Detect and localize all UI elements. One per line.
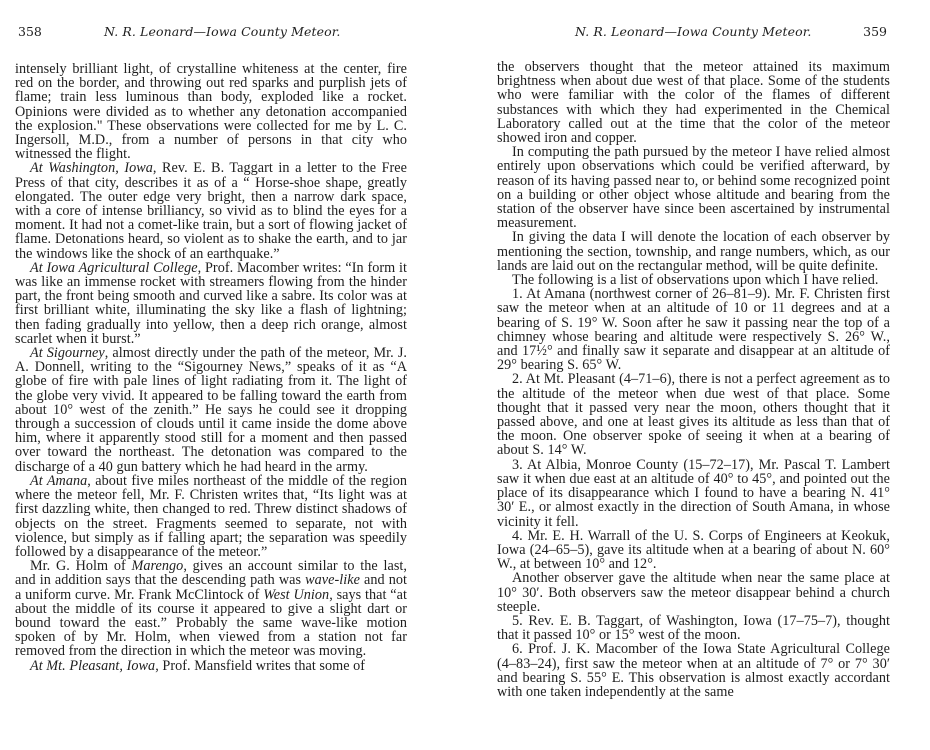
observation-item: 5. Rev. E. B. Taggart, of Washington, Io… (497, 614, 890, 642)
paragraph: At Mt. Pleasant, Iowa, Prof. Mansfield w… (15, 659, 407, 673)
paragraph: the observers thought that the meteor at… (497, 60, 890, 145)
paragraph: intensely brilliant light, of crystallin… (15, 62, 407, 161)
paragraph-text: intensely brilliant light, of crystallin… (15, 61, 407, 162)
paragraph: At Washington, Iowa, Rev. E. B. Taggart … (15, 161, 407, 260)
paragraph: Mr. G. Holm of Marengo, gives an account… (15, 559, 407, 658)
observation-item: 3. At Albia, Monroe County (15–72–17), M… (497, 458, 890, 529)
right-page-header: N. R. Leonard—Iowa County Meteor. 359 (575, 24, 887, 40)
paragraph-text: , Prof. Mansfield writes that some of (155, 658, 365, 674)
paragraph: In giving the data I will denote the loc… (497, 230, 890, 273)
place-name: At Mt. Pleasant, Iowa (30, 658, 155, 674)
paragraph: At Sigourney, almost directly under the … (15, 346, 407, 474)
paragraph: Another observer gave the altitude when … (497, 571, 890, 614)
paragraph: In computing the path pursued by the met… (497, 145, 890, 230)
paragraph-text: , almost directly under the path of the … (15, 345, 407, 475)
right-page: N. R. Leonard—Iowa County Meteor. 359 th… (465, 0, 930, 750)
paragraph: At Amana, about five miles northeast of … (15, 474, 407, 559)
left-page: 358 N. R. Leonard—Iowa County Meteor. in… (0, 0, 465, 750)
paragraph: The following is a list of observations … (497, 273, 890, 287)
paragraph-text: , Rev. E. B. Taggart in a letter to the … (15, 160, 407, 261)
observation-item: 1. At Amana (northwest corner of 26–81–9… (497, 287, 890, 372)
page-number: 358 (18, 24, 104, 40)
left-page-header: 358 N. R. Leonard—Iowa County Meteor. (18, 24, 410, 40)
left-page-body: intensely brilliant light, of crystallin… (15, 62, 407, 673)
running-head: N. R. Leonard—Iowa County Meteor. (575, 24, 812, 40)
right-page-body: the observers thought that the meteor at… (497, 60, 890, 699)
observation-item: 2. At Mt. Pleasant (4–71–6), there is no… (497, 372, 890, 457)
running-head: N. R. Leonard—Iowa County Meteor. (104, 24, 341, 40)
page-number: 359 (863, 24, 887, 40)
paragraph: At Iowa Agricultural College, Prof. Maco… (15, 261, 407, 346)
observation-item: 6. Prof. J. K. Macomber of the Iowa Stat… (497, 642, 890, 699)
observation-item: 4. Mr. E. H. Warrall of the U. S. Corps … (497, 529, 890, 572)
